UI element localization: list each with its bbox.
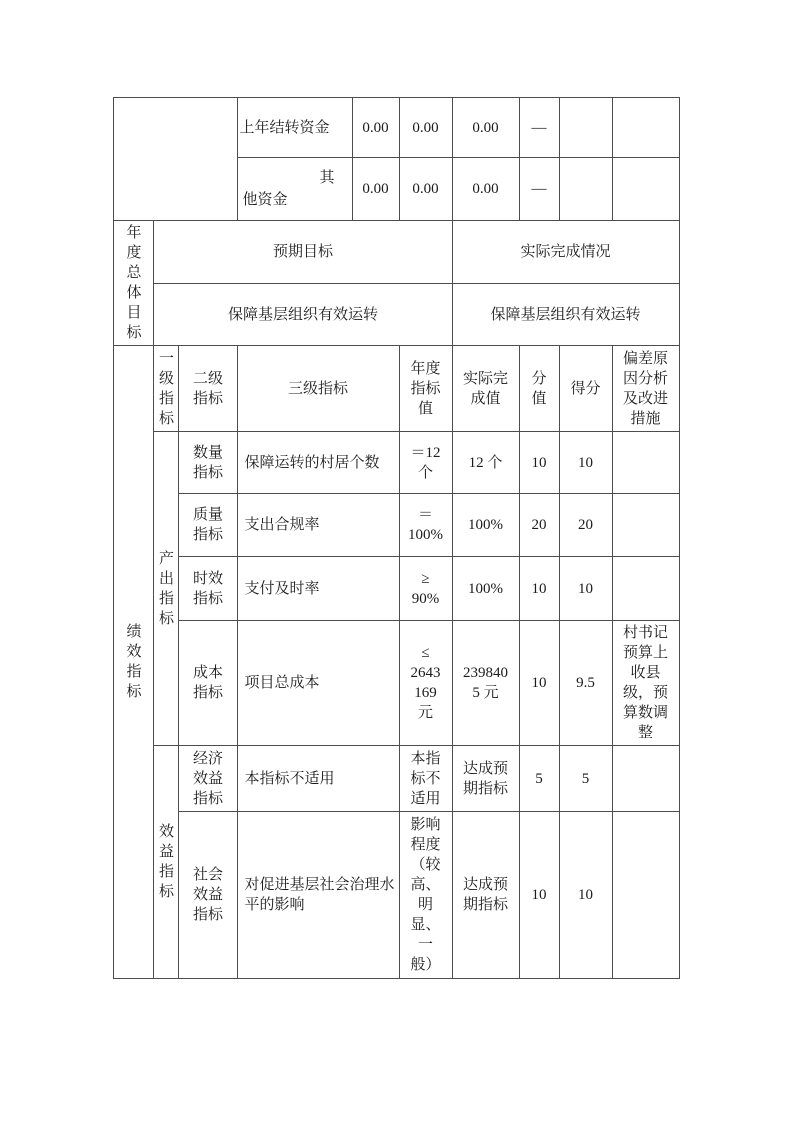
score-cell: 10	[559, 432, 612, 494]
points-cell: 20	[519, 494, 559, 557]
level2-cell: 质量 指标	[179, 494, 237, 557]
header-actual-value: 实际完 成值	[452, 346, 519, 432]
group-output-label-text: 产出指标	[158, 549, 175, 629]
performance-table: 上年结转资金 0.00 0.00 0.00 — 其 他资金 0.00 0.00 …	[113, 97, 679, 979]
level2-cell: 时效 指标	[179, 557, 237, 621]
prev-year-empty-1	[559, 98, 612, 158]
actual-cell: 100%	[452, 557, 519, 621]
level3-cell: 对促进基层社会治理水 平的影响	[237, 812, 399, 979]
score-cell: 10	[559, 812, 612, 979]
prev-year-value-2: 0.00	[399, 98, 452, 158]
points-cell: 10	[519, 621, 559, 746]
prev-year-empty-2	[612, 98, 679, 158]
deviation-cell	[612, 812, 679, 979]
actual-completion-header: 实际完成情况	[452, 221, 679, 284]
group-output-label: 产出指标	[154, 432, 179, 746]
other-funds-label-line1: 其	[241, 167, 349, 189]
prev-year-funds-label: 上年结转资金	[237, 98, 352, 158]
target-cell: 影响 程度 （较 高、 明 显、 一 般）	[399, 812, 452, 979]
level2-cell: 数量 指标	[179, 432, 237, 494]
annual-goal-side-label: 年度总体目标	[114, 221, 154, 346]
other-funds-label-line2: 他资金	[241, 189, 349, 211]
actual-cell: 239840 5 元	[452, 621, 519, 746]
group-benefit-label-text: 效益指标	[158, 822, 175, 902]
group-benefit-label: 效益指标	[154, 746, 179, 979]
carryover-row-prev-year: 上年结转资金 0.00 0.00 0.00 —	[114, 98, 679, 158]
other-funds-dash: —	[519, 158, 559, 221]
deviation-cell	[612, 746, 679, 812]
level3-cell: 保障运转的村居个数	[237, 432, 399, 494]
actual-cell: 达成预 期指标	[452, 812, 519, 979]
header-level3: 三级指标	[237, 346, 399, 432]
actual-completion-value: 保障基层组织有效运转	[452, 284, 679, 346]
performance-side-label-text: 绩效指标	[126, 622, 143, 702]
target-cell: ＝ 100%	[399, 494, 452, 557]
level3-cell: 项目总成本	[237, 621, 399, 746]
header-deviation: 偏差原 因分析 及改进 措施	[612, 346, 679, 432]
indicators-header-row: 绩效指标 一级指标 二级 指标 三级指标 年度 指标 值 实际完 成值 分 值 …	[114, 346, 679, 432]
header-level1: 一级指标	[154, 346, 179, 432]
target-cell: ≤ 2643 169 元	[399, 621, 452, 746]
level3-cell: 支付及时率	[237, 557, 399, 621]
score-cell: 10	[559, 557, 612, 621]
header-level1-text: 一级指标	[158, 349, 175, 429]
indicator-row-economic-benefit: 效益指标 经济 效益 指标 本指标不适用 本指 标不 适用 达成预 期指标 5 …	[114, 746, 679, 812]
points-cell: 10	[519, 432, 559, 494]
indicator-row-timeliness: 时效 指标 支付及时率 ≥ 90% 100% 10 10	[114, 557, 679, 621]
header-annual-target: 年度 指标 值	[399, 346, 452, 432]
other-funds-value-2: 0.00	[399, 158, 452, 221]
deviation-cell	[612, 432, 679, 494]
empty-corner-cell	[114, 98, 237, 221]
indicator-row-social-benefit: 社会 效益 指标 对促进基层社会治理水 平的影响 影响 程度 （较 高、 明 显…	[114, 812, 679, 979]
performance-side-label: 绩效指标	[114, 346, 154, 979]
score-cell: 9.5	[559, 621, 612, 746]
points-cell: 10	[519, 557, 559, 621]
indicator-row-quantity: 产出指标 数量 指标 保障运转的村居个数 ＝12 个 12 个 10 10	[114, 432, 679, 494]
points-cell: 5	[519, 746, 559, 812]
score-cell: 5	[559, 746, 612, 812]
header-level2: 二级 指标	[179, 346, 237, 432]
deviation-cell	[612, 557, 679, 621]
level3-cell: 本指标不适用	[237, 746, 399, 812]
points-cell: 10	[519, 812, 559, 979]
prev-year-dash: —	[519, 98, 559, 158]
header-points: 分 值	[519, 346, 559, 432]
expected-goal-value: 保障基层组织有效运转	[154, 284, 452, 346]
annual-goal-header-row: 年度总体目标 预期目标 实际完成情况	[114, 221, 679, 284]
other-funds-label: 其 他资金	[237, 158, 352, 221]
level3-cell: 支出合规率	[237, 494, 399, 557]
indicator-row-quality: 质量 指标 支出合规率 ＝ 100% 100% 20 20	[114, 494, 679, 557]
deviation-cell	[612, 494, 679, 557]
indicator-row-cost: 成本 指标 项目总成本 ≤ 2643 169 元 239840 5 元 10 9…	[114, 621, 679, 746]
prev-year-value-3: 0.00	[452, 98, 519, 158]
level2-cell: 成本 指标	[179, 621, 237, 746]
annual-goal-side-label-text: 年度总体目标	[126, 223, 143, 343]
other-funds-value-3: 0.00	[452, 158, 519, 221]
actual-cell: 100%	[452, 494, 519, 557]
deviation-cell: 村书记 预算上 收县 级，预 算数调 整	[612, 621, 679, 746]
expected-goal-header: 预期目标	[154, 221, 452, 284]
header-score: 得分	[559, 346, 612, 432]
actual-cell: 达成预 期指标	[452, 746, 519, 812]
prev-year-value-1: 0.00	[352, 98, 399, 158]
annual-goal-value-row: 保障基层组织有效运转 保障基层组织有效运转	[114, 284, 679, 346]
level2-cell: 经济 效益 指标	[179, 746, 237, 812]
target-cell: ＝12 个	[399, 432, 452, 494]
actual-cell: 12 个	[452, 432, 519, 494]
other-funds-empty-2	[612, 158, 679, 221]
score-cell: 20	[559, 494, 612, 557]
level2-cell: 社会 效益 指标	[179, 812, 237, 979]
other-funds-empty-1	[559, 158, 612, 221]
target-cell: 本指 标不 适用	[399, 746, 452, 812]
target-cell: ≥ 90%	[399, 557, 452, 621]
other-funds-value-1: 0.00	[352, 158, 399, 221]
